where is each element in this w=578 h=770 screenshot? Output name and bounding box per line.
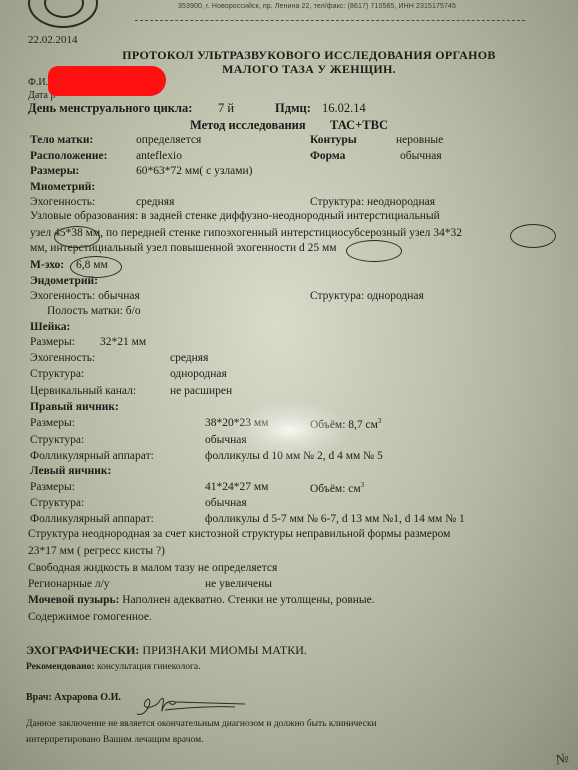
- right-ovary-follicles-value: фолликулы d 10 мм № 2, d 4 мм № 5: [205, 450, 383, 462]
- contours-label: Контуры: [310, 134, 357, 146]
- cervix-heading: Шейка:: [30, 321, 70, 333]
- myometrium-heading: Миометрий:: [30, 181, 95, 193]
- left-ovary-follicles-label: Фолликулярный аппарат:: [30, 513, 154, 525]
- cervix-size-label: Размеры:: [30, 336, 75, 348]
- bladder: Мочевой пузырь: Наполнен адекватно. Стен…: [28, 594, 375, 606]
- left-ovary-size-value: 41*24*27 мм: [205, 481, 268, 493]
- shape-value: обычная: [400, 150, 442, 162]
- right-ovary-heading: Правый яичник:: [30, 401, 119, 413]
- myometrium-structure: Структура: неоднородная: [310, 196, 435, 208]
- conclusion-label: ЭХОГРАФИЧЕСКИ:: [26, 643, 139, 657]
- pen-circle-mark: [54, 226, 100, 248]
- cycle-day-label: День менструального цикла:: [28, 101, 192, 116]
- cervix-echo-label: Эхогенность:: [30, 352, 95, 364]
- right-ovary-structure-value: обычная: [205, 434, 247, 446]
- cervical-canal-value: не расширен: [170, 385, 232, 397]
- lmp-value: 16.02.14: [322, 101, 366, 116]
- left-ovary-structure-value: обычная: [205, 497, 247, 509]
- node-size-2: 34*32: [433, 227, 462, 239]
- node-size-3: d 25 мм: [299, 242, 337, 254]
- right-ovary-follicles-label: Фолликулярный аппарат:: [30, 450, 154, 462]
- myometrium-echo-value: средняя: [136, 196, 174, 208]
- cervical-canal-label: Цервикальный канал:: [30, 385, 136, 397]
- free-fluid: Свободная жидкость в малом тазу не опред…: [28, 562, 277, 574]
- disclaimer-line1: Данное заключение не является окончатель…: [26, 719, 377, 729]
- uterus-body-value: определяется: [136, 134, 201, 146]
- myometrium-echo-label: Эхогенность:: [30, 196, 95, 208]
- lymph-nodes-label: Регионарные л/у: [28, 578, 110, 590]
- recommendation: Рекомендовано: консультация гинеколога.: [26, 662, 200, 672]
- left-ovary-note-line1: Структура неоднородная за счет кистозной…: [28, 528, 450, 540]
- disclaimer-line2: интерпретировано Вашим лечащим врачом.: [26, 735, 204, 745]
- recommendation-value: консультация гинеколога.: [97, 662, 201, 672]
- endometrium-echo: Эхогенность: обычная: [30, 290, 140, 302]
- pen-circle-mark: [346, 240, 402, 262]
- uterus-size-value: 60*63*72 мм( с узлами): [136, 165, 253, 177]
- lymph-nodes-value: не увеличены: [205, 578, 272, 590]
- cycle-day-value: 7 й: [218, 101, 234, 116]
- signature-icon: [135, 692, 255, 718]
- recommendation-label: Рекомендовано:: [26, 662, 95, 672]
- document-date: 22.02.2014: [28, 34, 78, 46]
- bladder-contents: Содержимое гомогенное.: [28, 611, 152, 623]
- left-ovary-heading: Левый яичник:: [30, 465, 111, 477]
- conclusion-value: ПРИЗНАКИ МИОМЫ МАТКИ.: [142, 643, 306, 657]
- cervix-structure-label: Структура:: [30, 368, 84, 380]
- conclusion: ЭХОГРАФИЧЕСКИ: ПРИЗНАКИ МИОМЫ МАТКИ.: [26, 643, 307, 658]
- cervix-size-value: 32*21 мм: [100, 336, 146, 348]
- redaction-mark: [48, 66, 166, 96]
- right-ovary-size-label: Размеры:: [30, 417, 75, 429]
- nodes-text: мм, по передней стенке гипоэхогенный инт…: [83, 227, 433, 239]
- nodes-line1: Узловые образования: в задней стенке диф…: [30, 210, 440, 222]
- handwritten-corner-mark: №: [554, 751, 571, 770]
- uterine-cavity: Полость матки: б/о: [47, 305, 141, 317]
- document-title-line1: ПРОТОКОЛ УЛЬТРАЗВУКОВОГО ИССЛЕДОВАНИЯ ОР…: [20, 48, 578, 63]
- shape-label: Форма: [310, 150, 345, 162]
- right-ovary-structure-label: Структура:: [30, 434, 84, 446]
- cervix-structure-value: однородная: [170, 368, 227, 380]
- volume-text: Объём: см: [310, 483, 361, 495]
- nodes-text: узел: [30, 227, 54, 239]
- volume-text: Объём: 8,7 см: [310, 419, 378, 431]
- m-echo-label: М-эхо:: [30, 259, 64, 271]
- header-divider: [135, 20, 525, 21]
- patient-name-label: Ф.И.: [28, 77, 48, 88]
- method-value: ТАС+ТВС: [330, 118, 388, 133]
- uterus-size-label: Размеры:: [30, 165, 79, 177]
- right-ovary-size-value: 38*20*23 мм: [205, 417, 268, 429]
- left-ovary-follicles-value: фолликулы d 5-7 мм № 6-7, d 13 мм №1, d …: [205, 513, 465, 525]
- clinic-address: 353900, г. Новороссийск, пр. Ленина 22, …: [178, 3, 456, 10]
- position-value: anteflexio: [136, 150, 182, 162]
- pen-circle-mark: [510, 224, 556, 248]
- lmp-label: Пдмц:: [275, 101, 311, 116]
- endometrium-heading: Эндометрий:: [30, 275, 98, 287]
- clinic-logo-icon: [28, 0, 98, 28]
- uterus-body-label: Тело матки:: [30, 134, 93, 146]
- left-ovary-note-line2: 23*17 мм ( регресс кисты ?): [28, 545, 165, 557]
- right-ovary-volume: Объём: 8,7 см3: [310, 417, 381, 431]
- cervix-echo-value: средняя: [170, 352, 208, 364]
- doctor-name: Врач: Ахрарова О.И.: [26, 692, 121, 703]
- left-ovary-structure-label: Структура:: [30, 497, 84, 509]
- left-ovary-size-label: Размеры:: [30, 481, 75, 493]
- bladder-label: Мочевой пузырь:: [28, 594, 119, 606]
- position-label: Расположение:: [30, 150, 108, 162]
- document-page: 353900, г. Новороссийск, пр. Ленина 22, …: [0, 0, 578, 770]
- left-ovary-volume: Объём: см3: [310, 481, 364, 495]
- bladder-value: Наполнен адекватно. Стенки не утолщены, …: [122, 594, 374, 606]
- method-label: Метод исследования: [190, 118, 306, 133]
- endometrium-structure: Структура: однородная: [310, 290, 424, 302]
- contours-value: неровные: [396, 134, 443, 146]
